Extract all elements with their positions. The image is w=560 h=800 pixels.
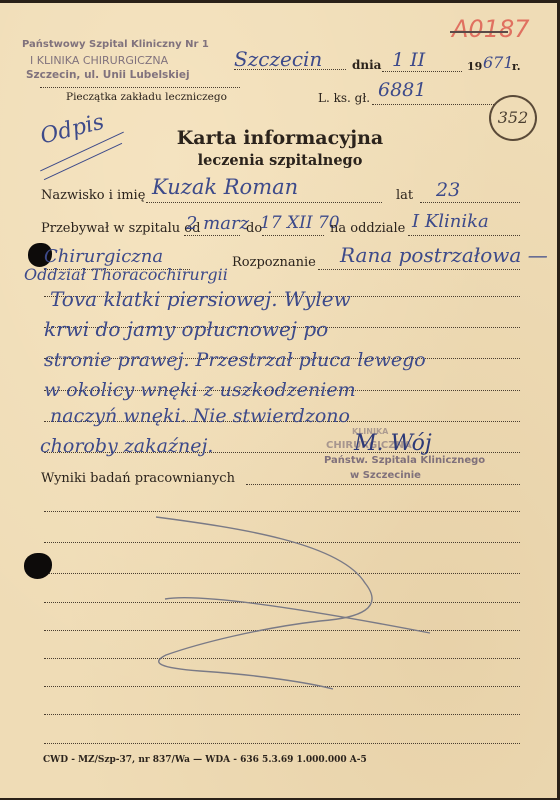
form-print-code: CWD - MZ/Szp-37, nr 837/Wa — WDA - 636 5… <box>43 755 367 765</box>
document-page: A0187 Państwowy Szpital Kliniczny Nr 1 I… <box>0 3 557 798</box>
cross-out-stroke <box>0 3 557 798</box>
